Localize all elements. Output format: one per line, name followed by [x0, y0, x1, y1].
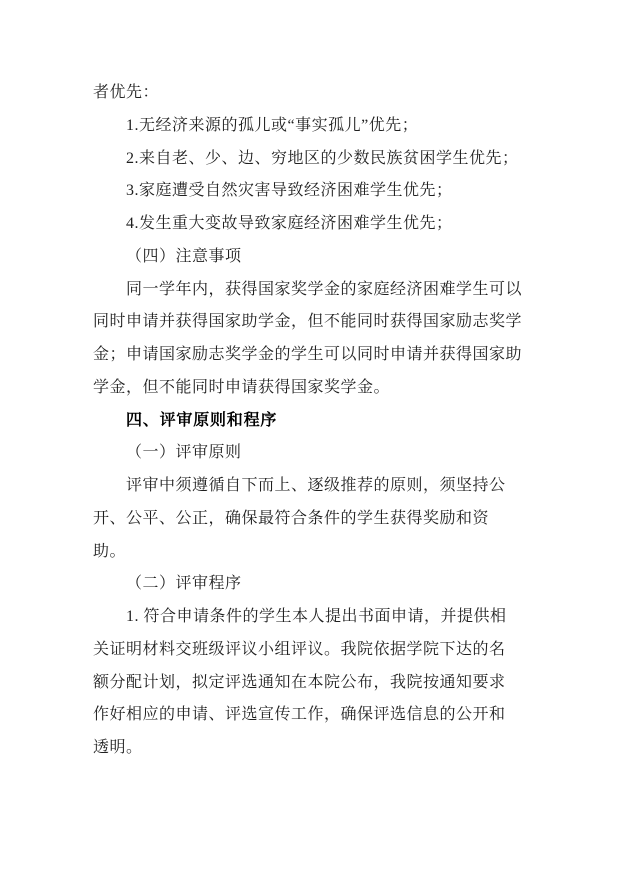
- text-line: 同时申请并获得国家助学金，但不能同时获得国家励志奖学: [93, 306, 545, 339]
- text-line: （二）评审程序: [93, 568, 545, 601]
- text-line: 开、公平、公正，确保最符合条件的学生获得奖励和资: [93, 503, 545, 536]
- text-line: 透明。: [93, 732, 545, 765]
- text-line: 1. 符合申请条件的学生本人提出书面申请，并提供相: [93, 601, 545, 634]
- text-line: 金；申请国家励志奖学金的学生可以同时申请并获得国家助: [93, 339, 545, 372]
- text-line: 者优先：: [93, 77, 545, 110]
- text-line: 3.家庭遭受自然灾害导致经济困难学生优先；: [93, 175, 545, 208]
- text-line: 4.发生重大变故导致家庭经济困难学生优先；: [93, 208, 545, 241]
- section-heading: 四、评审原则和程序: [93, 405, 545, 438]
- text-line: （四）注意事项: [93, 241, 545, 274]
- text-line: 关证明材料交班级评议小组评议。我院依据学院下达的名: [93, 634, 545, 667]
- document-text-block: 者优先：1.无经济来源的孤儿或“事实孤儿”优先；2.来自老、少、边、穷地区的少数…: [93, 77, 545, 765]
- text-line: 作好相应的申请、评选宣传工作，确保评选信息的公开和: [93, 699, 545, 732]
- text-line: （一）评审原则: [93, 437, 545, 470]
- text-line: 2.来自老、少、边、穷地区的少数民族贫困学生优先；: [93, 143, 545, 176]
- text-line: 额分配计划，拟定评选通知在本院公布，我院按通知要求: [93, 667, 545, 700]
- text-line: 同一学年内，获得国家奖学金的家庭经济困难学生可以: [93, 274, 545, 307]
- text-line: 助。: [93, 536, 545, 569]
- text-line: 评审中须遵循自下而上、逐级推荐的原则，须坚持公: [93, 470, 545, 503]
- text-line: 学金，但不能同时申请获得国家奖学金。: [93, 372, 545, 405]
- text-line: 1.无经济来源的孤儿或“事实孤儿”优先；: [93, 110, 545, 143]
- document-page: 者优先：1.无经济来源的孤儿或“事实孤儿”优先；2.来自老、少、边、穷地区的少数…: [0, 0, 632, 885]
